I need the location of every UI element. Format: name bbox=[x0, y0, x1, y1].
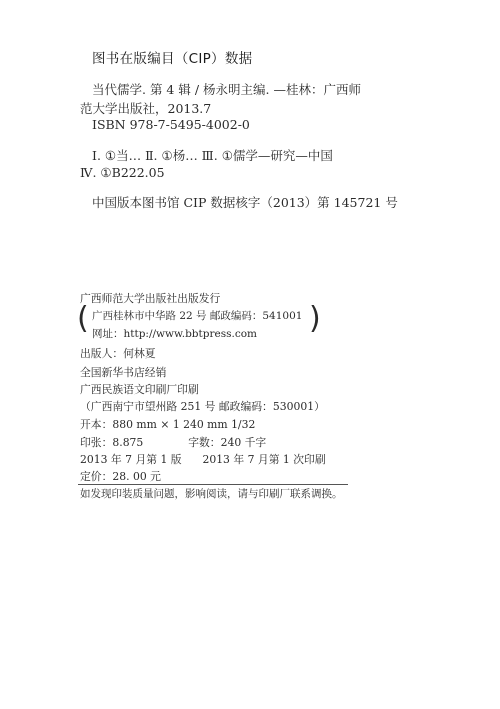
printer-address: （广西南宁市望州路 251 号 邮政编码：530001） bbox=[80, 399, 325, 414]
sheets-and-wordcount: 印张：8.875 字数：240 千字 bbox=[80, 435, 266, 450]
edition: 2013 年 7 月第 1 版 bbox=[80, 453, 182, 466]
cip-record-number: 中国版本图书馆 CIP 数据核字（2013）第 145721 号 bbox=[92, 193, 398, 211]
printer: 广西民族语文印刷厂印刷 bbox=[80, 382, 199, 397]
cip-classification-line-1: Ⅰ. ①当… Ⅱ. ①杨… Ⅲ. ①儒学—研究—中国 bbox=[92, 146, 333, 164]
book-format: 开本：880 mm × 1 240 mm 1/32 bbox=[80, 417, 255, 432]
publisher-address: 广西桂林市中华路 22 号 邮政编码：541001 bbox=[92, 308, 302, 323]
address-bracket-open: ( bbox=[77, 304, 89, 334]
publisher-issued-by: 广西师范大学出版社出版发行 bbox=[80, 291, 220, 306]
cip-bibliographic-line-1: 当代儒学. 第 4 辑 / 杨永明主编. —桂林：广西师 bbox=[92, 80, 361, 98]
quality-notice: 如发现印装质量问题，影响阅读，请与印刷厂联系调换。 bbox=[80, 486, 343, 501]
publisher-website: 网址：http://www.bbtpress.com bbox=[92, 326, 257, 341]
printing: 2013 年 7 月第 1 次印刷 bbox=[202, 453, 325, 466]
cip-classification-line-2: Ⅳ. ①B222.05 bbox=[80, 165, 165, 180]
edition-and-printing: 2013 年 7 月第 1 版 2013 年 7 月第 1 次印刷 bbox=[80, 452, 326, 467]
publisher-name: 出版人：何林夏 bbox=[80, 346, 156, 361]
printed-sheets: 印张：8.875 bbox=[80, 436, 143, 449]
price: 定价：28. 00 元 bbox=[80, 469, 161, 484]
distributor: 全国新华书店经销 bbox=[80, 365, 166, 380]
word-count: 字数：240 千字 bbox=[188, 436, 266, 449]
cip-isbn: ISBN 978-7-5495-4002-0 bbox=[92, 117, 250, 132]
cip-bibliographic-line-2: 范大学出版社，2013.7 bbox=[80, 99, 211, 117]
divider-line bbox=[78, 484, 348, 485]
address-bracket-close: ) bbox=[309, 304, 321, 334]
cip-title: 图书在版编目（CIP）数据 bbox=[92, 47, 252, 67]
